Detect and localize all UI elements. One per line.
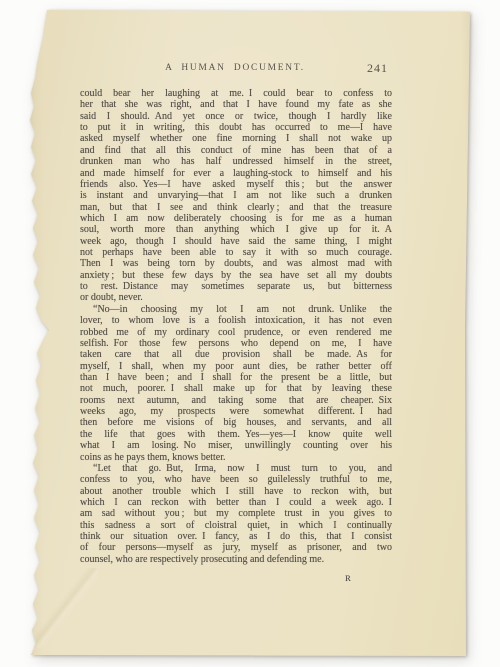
text-line-4: to put it in writing, this doubt has occ… (80, 122, 392, 133)
scan-background: A HUMAN DOCUMENT. 241 could bear her lau… (0, 0, 500, 667)
text-line-16: Then I was being torn by doubts, and was… (80, 258, 392, 269)
text-line-18: to rest. Distance may sometimes separate… (80, 281, 392, 292)
text-line-1: could bear her laughing at me. I could b… (80, 88, 392, 99)
text-line-39: this sadness a sort of cloistral quiet, … (80, 520, 392, 531)
page-number: 241 (367, 61, 388, 76)
text-line-22: robbed me of my ordinary cool prudence, … (80, 327, 392, 338)
text-line-30: then before me visions of big houses, an… (80, 417, 392, 428)
text-line-26: than I have been ; and I shall for the p… (80, 372, 392, 383)
text-line-14: week ago, though I should have said the … (80, 236, 392, 247)
text-line-13: soul, worth more than anything which I g… (80, 224, 392, 235)
text-line-15: not perhaps have been able to say it wit… (80, 247, 392, 258)
text-line-23: selfish. For those few persons who depen… (80, 338, 392, 349)
text-line-28: rooms next autumn, and taking some that … (80, 395, 392, 406)
text-line-38: am sad without you ; but my complete tru… (80, 508, 392, 519)
text-line-42: counsel, who are respectively prosecutin… (80, 554, 392, 565)
page-crease (28, 568, 98, 648)
text-line-40: think our situation over. I fancy, as I … (80, 531, 392, 542)
text-line-36: about another trouble which I still have… (80, 486, 392, 497)
text-line-5: asked myself whether one fine morning I … (80, 133, 392, 144)
book-page: A HUMAN DOCUMENT. 241 could bear her lau… (28, 8, 470, 658)
text-line-3: said I should. And yet once or twice, th… (80, 111, 392, 122)
text-line-2: her that she was right, and that I have … (80, 99, 392, 110)
body-text: could bear her laughing at me. I could b… (80, 88, 392, 565)
text-line-37: which I can reckon with better than I co… (80, 497, 392, 508)
text-line-41: of four persons—myself as jury, myself a… (80, 542, 392, 553)
text-line-17: anxiety ; but these few days by the sea … (80, 270, 392, 281)
text-line-25: myself, I shall, when my poor aunt dies,… (80, 361, 392, 372)
text-line-19: or doubt, never. (80, 292, 392, 303)
text-line-32: what I am losing. No miser, unwillingly … (80, 440, 392, 451)
signature-mark: R (338, 573, 358, 583)
text-line-21: lover, to whom love is a foolish intoxic… (80, 315, 392, 326)
page-header: A HUMAN DOCUMENT. 241 (80, 63, 390, 79)
text-line-11: man, but that I see and think clearly ; … (80, 202, 392, 213)
text-line-8: and made himself for ever a laughing-sto… (80, 168, 392, 179)
text-line-7: drunken man who has half undressed himse… (80, 156, 392, 167)
text-line-31: the life that goes with them. Yes—yes—I … (80, 429, 392, 440)
text-line-10: is instant and unvarying—that I am not l… (80, 190, 392, 201)
text-line-35: confess to you, who have been so guilele… (80, 474, 392, 485)
text-line-29: weeks ago, my prospects were somewhat di… (80, 406, 392, 417)
running-title: A HUMAN DOCUMENT. (80, 63, 390, 73)
text-line-24: taken care that all due provision shall … (80, 349, 392, 360)
text-line-33: coins as he pays them, knows better. (80, 452, 392, 463)
text-line-20: “No—in choosing my lot I am not drunk. U… (80, 304, 392, 315)
text-line-12: which I am now deliberately choosing is … (80, 213, 392, 224)
text-line-6: and find that all this conduct of mine h… (80, 145, 392, 156)
text-line-9: friends also. Yes—I have asked myself th… (80, 179, 392, 190)
paper-sheet: A HUMAN DOCUMENT. 241 could bear her lau… (28, 8, 470, 658)
text-line-27: not much, poorer. I shall make up for th… (80, 383, 392, 394)
text-line-34: “Let that go. But, Irma, now I must turn… (80, 463, 392, 474)
